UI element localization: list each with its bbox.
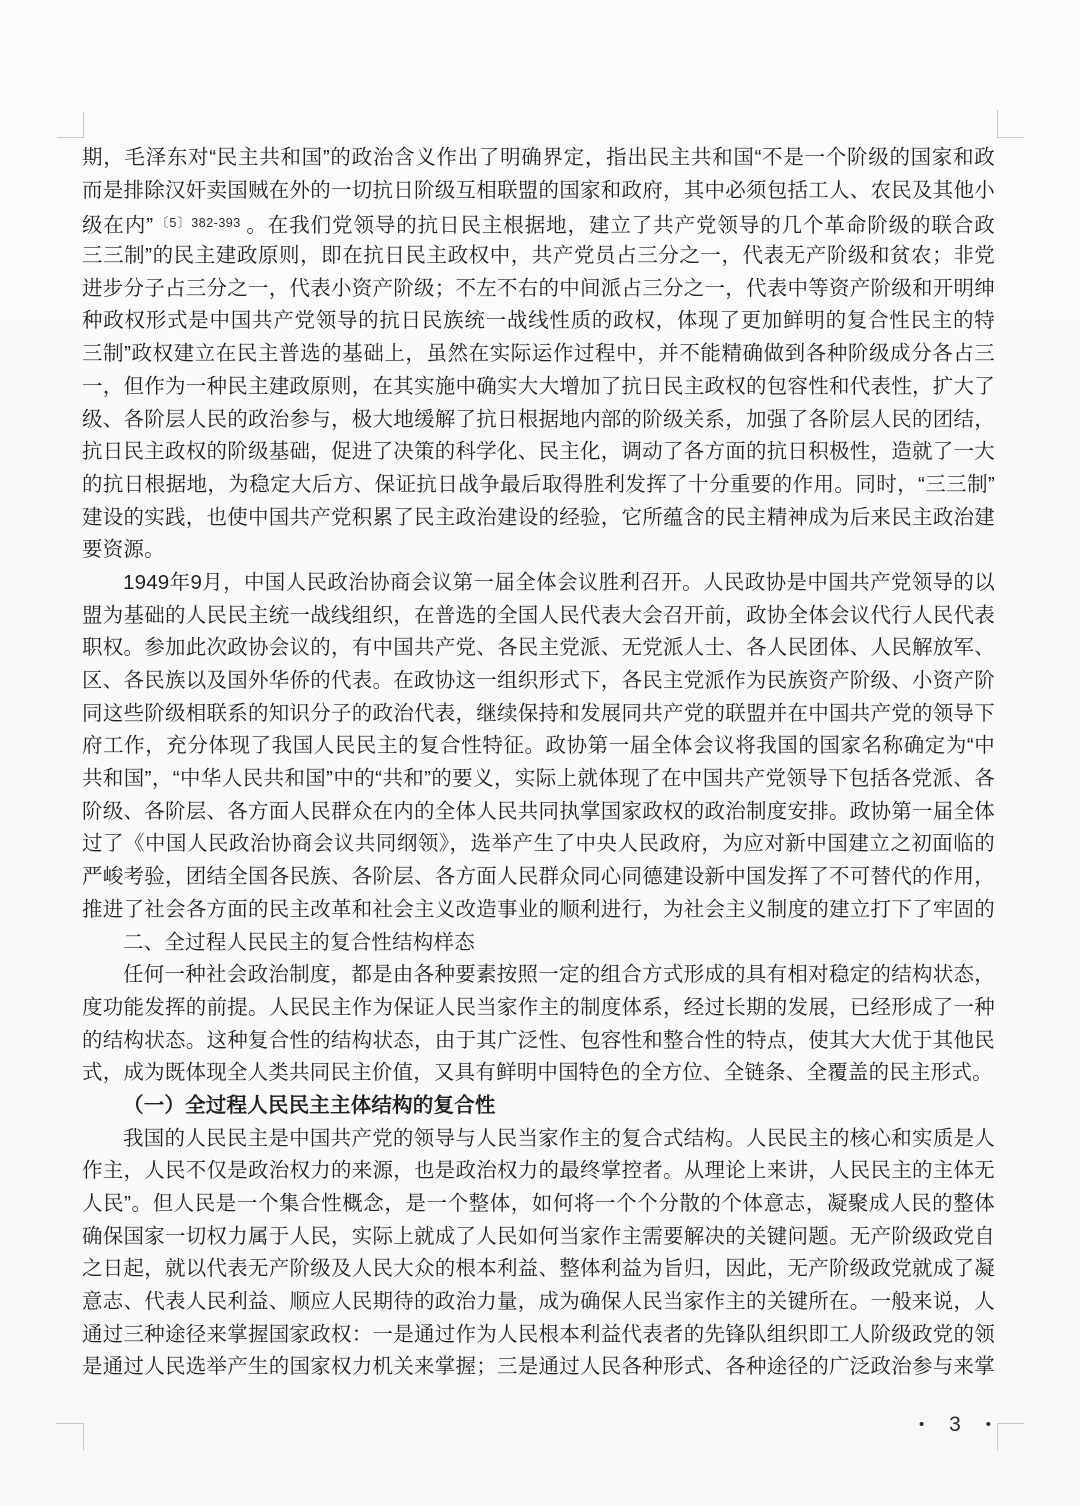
subsection-heading: （一）全过程人民民主主体结构的复合性	[82, 1090, 995, 1123]
crop-mark-bottom-left	[56, 1423, 84, 1451]
text-line: 府工作，充分体现了我国人民民主的复合性特征。政协第一届全体会议将我国的国家名称确…	[82, 730, 995, 763]
text-line: 通过三种途径来掌握国家政权：一是通过作为人民根本利益代表者的先锋队组织即工人阶级…	[82, 1319, 995, 1352]
text-line: 人民”。但人民是一个集合性概念，是一个整体，如何将一个个分散的个体意志，凝聚成人…	[82, 1188, 995, 1221]
text-line: 级、各阶层人民的政治参与，极大地缓解了抗日根据地内部的阶级关系，加强了各阶层人民…	[82, 404, 995, 437]
text-line: 抗日民主政权的阶级基础，促进了决策的科学化、民主化，调动了各方面的抗日积极性，造…	[82, 436, 995, 469]
text-line: 是通过人民选举产生的国家权力机关来掌握；三是通过人民各种形式、各种途径的广泛政治…	[82, 1351, 995, 1384]
text-line: 过了《中国人民政治协商会议共同纲领》，选举产生了中央人民政府，为应对新中国建立之…	[82, 828, 995, 861]
text-line: 职权。参加此次政协会议的，有中国共产党、各民主党派、无党派人士、各人民团体、人民…	[82, 632, 995, 665]
paragraph-first-line: 我国的人民民主是中国共产党的领导与人民当家作主的复合式结构。人民民主的核心和实质…	[82, 1123, 995, 1156]
page-number-value: 3	[949, 1412, 961, 1438]
text-line: 意志、代表人民利益、顺应人民期待的政治力量，成为确保人民当家作主的关键所在。一般…	[82, 1286, 995, 1319]
text-line: 三制”政权建立在民主普选的基础上，虽然在实际运作过程中，并不能精确做到各种阶级成…	[82, 338, 995, 371]
text-line: 确保国家一切权力属于人民，实际上就成了人民如何当家作主需要解决的关键问题。无产阶…	[82, 1221, 995, 1254]
text-line: 而是排除汉奸卖国贼在外的一切抗日阶级互相联盟的国家和政府，其中必须包括工人、农民…	[82, 175, 995, 208]
text-line: 种政权形式是中国共产党领导的抗日民族统一战线性质的政权，体现了更加鲜明的复合性民…	[82, 305, 995, 338]
text-segment: 级在内”	[82, 214, 153, 237]
text-line: 的结构状态。这种复合性的结构状态，由于其广泛性、包容性和整合性的特点，使其大大优…	[82, 1025, 995, 1058]
text-line: 进步分子占三分之一，代表小资产阶级；不左不右的中间派占三分之一，代表中等资产阶级…	[82, 273, 995, 306]
citation-marker: 〔5〕382-393	[153, 216, 245, 230]
text-line: 严峻考验，团结全国各民族、各阶层、各方面人民群众同心同德建设新中国发挥了不可替代…	[82, 861, 995, 894]
text-line: 同这些阶级相联系的知识分子的政治代表，继续保持和发展同共产党的联盟并在中国共产党…	[82, 698, 995, 731]
crop-mark-top-right	[997, 110, 1024, 138]
text-line: 期，毛泽东对“民主共和国”的政治含义作出了明确界定，指出民主共和国“不是一个阶级…	[82, 142, 995, 175]
page-number: • 3 •	[919, 1412, 991, 1438]
paragraph-last-line: 要资源。	[82, 534, 995, 567]
article-body: 期，毛泽东对“民主共和国”的政治含义作出了明确界定，指出民主共和国“不是一个阶级…	[82, 142, 995, 1384]
paragraph-last-line: 推进了社会各方面的民主改革和社会主义改造事业的顺利进行，为社会主义制度的建立打下…	[82, 894, 995, 927]
text-line: 度功能发挥的前提。人民民主作为保证人民当家作主的制度体系，经过长期的发展，已经形…	[82, 992, 995, 1025]
text-line: 盟为基础的人民民主统一战线组织，在普选的全国人民代表大会召开前，政协全体会议代行…	[82, 600, 995, 633]
paragraph-first-line: 1949年9月，中国人民政治协商会议第一届全体会议胜利召开。人民政协是中国共产党…	[82, 567, 995, 600]
section-heading: 二、全过程人民民主的复合性结构样态	[82, 927, 995, 960]
text-line: 区、各民族以及国外华侨的代表。在政协这一组织形式下，各民主党派作为民族资产阶级、…	[82, 665, 995, 698]
text-line: 之日起，就以代表无产阶级及人民大众的根本利益、整体利益为旨归，因此，无产阶级政党…	[82, 1253, 995, 1286]
scanned-paper-page: 期，毛泽东对“民主共和国”的政治含义作出了明确界定，指出民主共和国“不是一个阶级…	[0, 0, 1080, 1506]
crop-mark-top-left	[57, 112, 84, 138]
text-line: 建设的实践，也使中国共产党积累了民主政治建设的经验，它所蕴含的民主精神成为后来民…	[82, 502, 995, 535]
text-line-with-citation: 级在内”〔5〕382-393。在我们党领导的抗日民主根据地，建立了共产党领导的几…	[82, 207, 995, 240]
text-line: 共和国”，“中华人民共和国”中的“共和”的要义，实际上就体现了在中国共产党领导下…	[82, 763, 995, 796]
paragraph-first-line: 任何一种社会政治制度，都是由各种要素按照一定的组合方式形成的具有相对稳定的结构状…	[82, 959, 995, 992]
text-line: 一，但作为一种民主建政原则，在其实施中确实大大增加了抗日民主政权的包容性和代表性…	[82, 371, 995, 404]
crop-mark-bottom-right	[997, 1423, 1024, 1451]
page-number-left-dot: •	[919, 1412, 924, 1438]
text-line: 作主，人民不仅是政治权力的来源，也是政治权力的最终掌控者。从理论上来讲，人民民主…	[82, 1155, 995, 1188]
text-line: 的抗日根据地，为稳定大后方、保证抗日战争最后取得胜利发挥了十分重要的作用。同时，…	[82, 469, 995, 502]
paragraph-last-line: 式，成为既体现全人类共同民主价值，又具有鲜明中国特色的全方位、全链条、全覆盖的民…	[82, 1057, 995, 1090]
page-number-right-dot: •	[986, 1412, 991, 1438]
text-line: 阶级、各阶层、各方面人民群众在内的全体人民共同执掌国家政权的政治制度安排。政协第…	[82, 796, 995, 829]
text-line: 三三制”的民主建政原则，即在抗日民主政权中，共产党员占三分之一，代表无产阶级和贫…	[82, 240, 995, 273]
